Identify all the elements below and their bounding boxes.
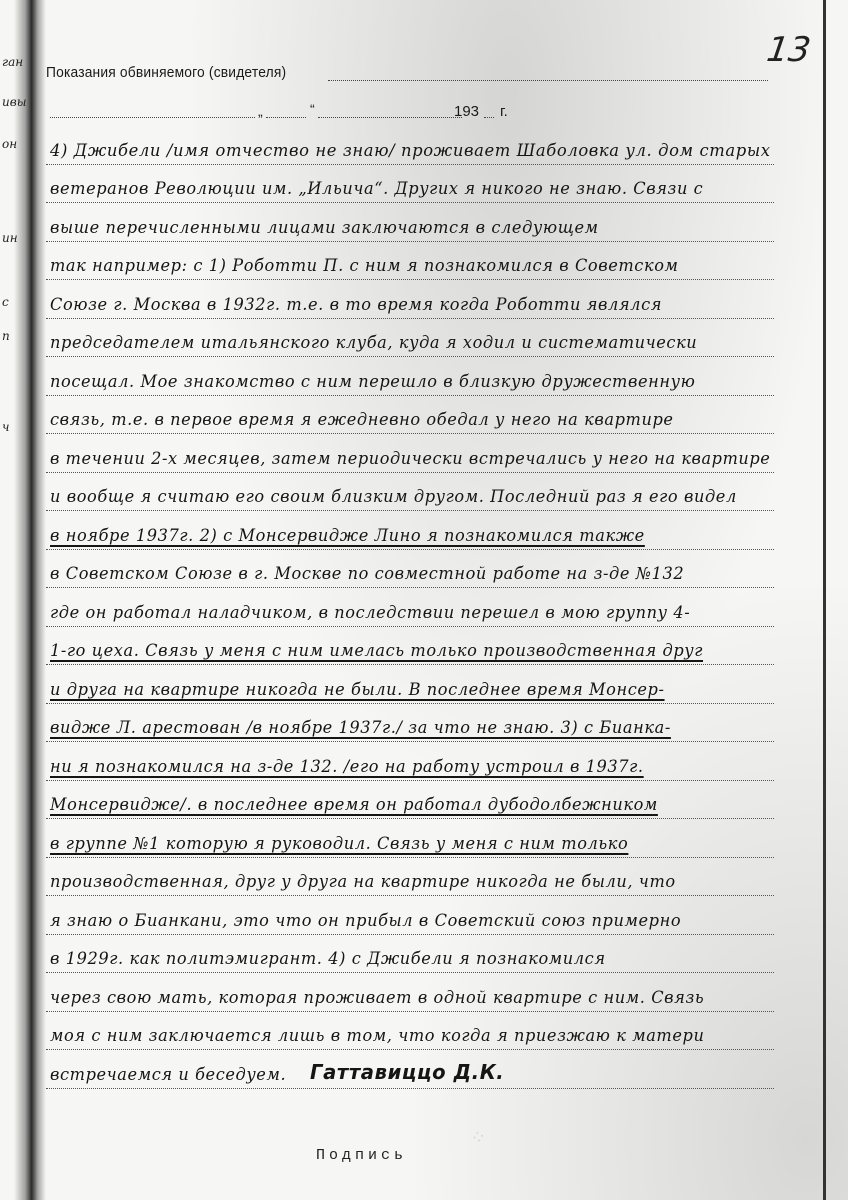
margin-note: ч [2, 420, 9, 434]
handwritten-line: видже Л. арестован /в ноябре 1937г./ за … [46, 704, 774, 743]
handwritten-line: и друга на квартире никогда не были. В п… [46, 665, 774, 704]
handwritten-line: в течении 2-х месяцев, затем периодическ… [46, 434, 774, 473]
handwritten-line-text: в течении 2-х месяцев, затем периодическ… [50, 449, 770, 468]
handwritten-line-text: и вообще я считаю его своим близким друг… [50, 487, 737, 506]
handwritten-line-text: я знаю о Бианкани, это что он прибыл в С… [50, 911, 681, 930]
handwritten-line: так например: с 1) Роботти П. с ним я по… [46, 242, 774, 281]
handwritten-line-text: в группе №1 которую я руководил. Связь у… [50, 834, 628, 853]
page-border [823, 0, 826, 1200]
date-fill-line [484, 117, 494, 118]
document-page: ган ивы он ин с п ч 13 Показания обвиняе… [0, 0, 848, 1200]
handwritten-line-text: в Советском Союзе в г. Москве по совмест… [50, 564, 684, 583]
handwritten-line: производственная, друг у друга на кварти… [46, 858, 774, 897]
form-title: Показания обвиняемого (свидетеля) [46, 64, 286, 81]
handwritten-signature: Гаттавиццо Д.К. [310, 1060, 504, 1084]
handwritten-line: моя с ним заключается лишь в том, что ко… [46, 1012, 774, 1051]
date-year-suffix: г. [500, 103, 508, 120]
handwritten-line-text: посещал. Мое знакомство с ним перешло в … [50, 372, 695, 391]
handwritten-line: и вообще я считаю его своим близким друг… [46, 473, 774, 512]
margin-note: ивы [2, 95, 27, 109]
handwritten-line: связь, т.е. в первое время я ежедневно о… [46, 396, 774, 435]
handwritten-line-text: Союзе г. Москва в 1932г. т.е. в то время… [50, 295, 662, 314]
margin-note: с [2, 295, 9, 309]
handwritten-line: я знаю о Бианкани, это что он прибыл в С… [46, 896, 774, 935]
handwritten-line-text: ветеранов Революции им. „Ильича“. Других… [50, 179, 703, 198]
handwritten-line-text: встречаемся и беседуем. [50, 1065, 286, 1084]
handwritten-line-text: 4) Джибели /имя отчество не знаю/ прожив… [50, 141, 771, 160]
bleed-through-mark: ⁘ [468, 1124, 489, 1151]
handwritten-line-text: Монсервидже/. в последнее время он работ… [50, 795, 658, 814]
handwritten-line: 1-го цеха. Связь у меня с ним имелась то… [46, 627, 774, 666]
handwritten-line: ни я познакомился на з-де 132. /его на р… [46, 742, 774, 781]
margin-note: он [2, 137, 17, 151]
handwritten-line-text: связь, т.е. в первое время я ежедневно о… [50, 410, 674, 429]
date-fill-line [318, 117, 462, 118]
handwritten-line: где он работал наладчиком, в последствии… [46, 588, 774, 627]
handwritten-line-text: через свою мать, которая проживает в одн… [50, 988, 704, 1007]
form-title-fill-line [328, 80, 768, 81]
date-year: 193 [454, 103, 479, 120]
date-fill-line [50, 117, 255, 118]
handwritten-line: 4) Джибели /имя отчество не знаю/ прожив… [46, 126, 774, 165]
margin-note: ган [2, 55, 23, 69]
handwritten-line-text: в 1929г. как политэмигрант. 4) с Джибели… [50, 949, 606, 968]
testimony-text: 4) Джибели /имя отчество не знаю/ прожив… [46, 126, 774, 1089]
handwritten-line: председателем итальянского клуба, куда я… [46, 319, 774, 358]
signature-label: Подпись [316, 1147, 407, 1164]
date-open-quote: „ [258, 103, 263, 119]
handwritten-line-text: председателем итальянского клуба, куда я… [50, 333, 697, 352]
handwritten-line-text: в ноябре 1937г. 2) с Монсервидже Лино я … [50, 526, 645, 545]
handwritten-line: в Советском Союзе в г. Москве по совмест… [46, 550, 774, 589]
handwritten-line: в группе №1 которую я руководил. Связь у… [46, 819, 774, 858]
handwritten-line: выше перечисленными лицами заключаются в… [46, 203, 774, 242]
handwritten-line: встречаемся и беседуем.Гаттавиццо Д.К. [46, 1050, 774, 1089]
handwritten-line-text: производственная, друг у друга на кварти… [50, 872, 676, 891]
margin-note: п [2, 329, 10, 343]
handwritten-line: через свою мать, которая проживает в одн… [46, 973, 774, 1012]
handwritten-line-text: видже Л. арестован /в ноябре 1937г./ за … [50, 718, 671, 737]
handwritten-line: в ноябре 1937г. 2) с Монсервидже Лино я … [46, 511, 774, 550]
handwritten-line: в 1929г. как политэмигрант. 4) с Джибели… [46, 935, 774, 974]
handwritten-line: Монсервидже/. в последнее время он работ… [46, 781, 774, 820]
handwritten-line-text: моя с ним заключается лишь в том, что ко… [50, 1026, 704, 1045]
binding-shadow [14, 0, 46, 1200]
handwritten-line-text: где он работал наладчиком, в последствии… [50, 603, 690, 622]
handwritten-line: ветеранов Революции им. „Ильича“. Других… [46, 165, 774, 204]
handwritten-line-text: 1-го цеха. Связь у меня с ним имелась то… [50, 641, 703, 660]
date-fill-line [266, 117, 306, 118]
page-number: 13 [764, 30, 813, 70]
date-close-quote: “ [310, 101, 315, 117]
margin-note: ин [2, 231, 18, 245]
handwritten-line-text: и друга на квартире никогда не были. В п… [50, 680, 665, 699]
handwritten-line: посещал. Мое знакомство с ним перешло в … [46, 357, 774, 396]
handwritten-line-text: так например: с 1) Роботти П. с ним я по… [50, 256, 679, 275]
handwritten-line-text: выше перечисленными лицами заключаются в… [50, 218, 599, 237]
handwritten-line-text: ни я познакомился на з-де 132. /его на р… [50, 757, 644, 776]
handwritten-line: Союзе г. Москва в 1932г. т.е. в то время… [46, 280, 774, 319]
